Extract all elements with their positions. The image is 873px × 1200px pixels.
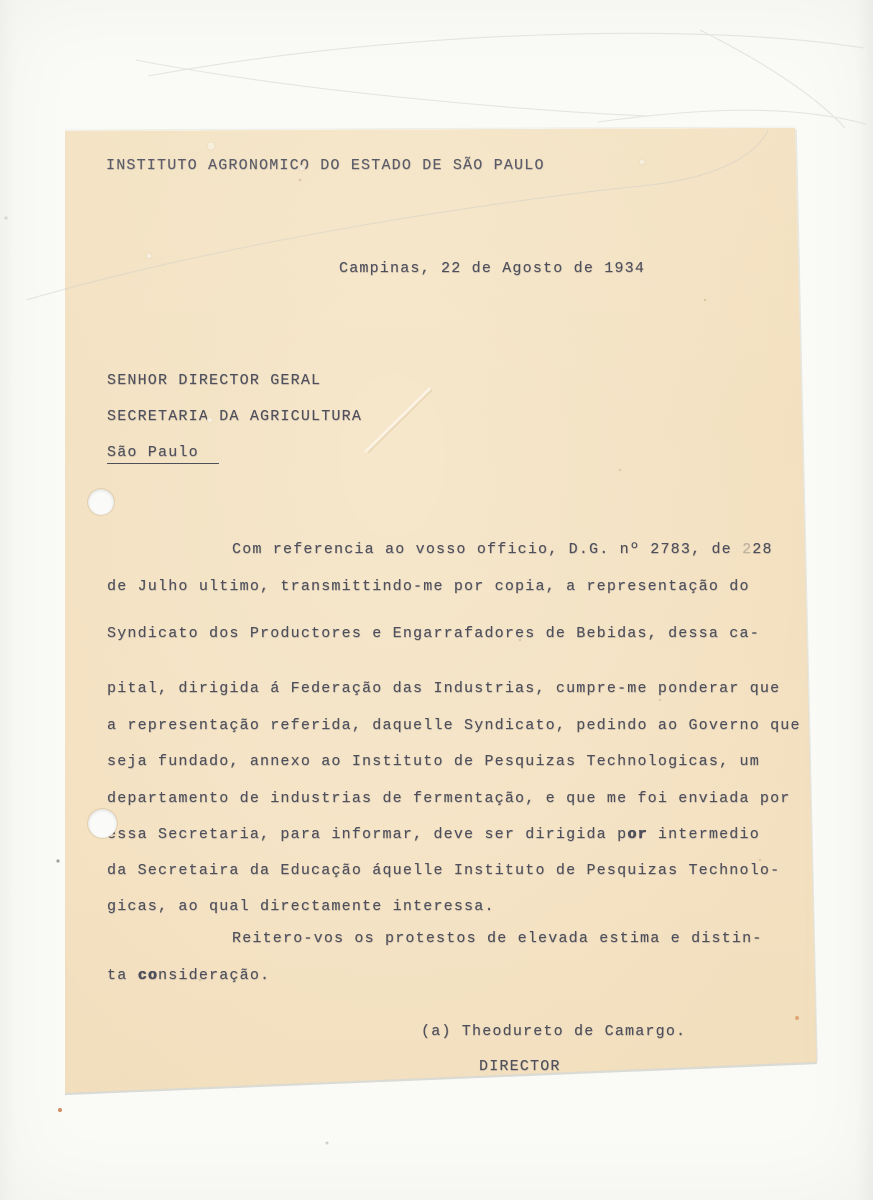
signature-role: DIRECTOR (479, 1057, 561, 1076)
body-line: departamento de industrias de fermentaçã… (107, 789, 791, 808)
dateline-text: Campinas, 22 de Agosto de 1934 (339, 260, 645, 277)
body-line: Syndicato dos Productores e Engarrafador… (107, 624, 760, 643)
body-line: de Julho ultimo, transmittindo-me por co… (107, 577, 750, 596)
recipient-line-text: SECRETARIA DA AGRICULTURA (107, 408, 362, 425)
body-line-text: Com referencia ao vosso officio, D.G. nº… (232, 541, 742, 558)
body-line-text: a representação referida, daquelle Syndi… (107, 717, 801, 734)
body-line: essa Secretaria, para informar, deve ser… (107, 825, 760, 844)
body-line: a representação referida, daquelle Syndi… (107, 716, 801, 735)
body-line-text: Reitero-vos os protestos de elevada esti… (232, 930, 762, 947)
body-line: gicas, ao qual directamente interessa. (107, 897, 495, 916)
body-line-text: intermedio (648, 826, 760, 843)
body-line-text: Syndicato dos Productores e Engarrafador… (107, 625, 760, 642)
document-scan: INSTITUTO AGRONOMICO DO ESTADO DE SÃO PA… (0, 0, 873, 1200)
letterhead: INSTITUTO AGRONOMICO DO ESTADO DE SÃO PA… (106, 156, 545, 175)
body-line-text: da Secretaira da Educação áquelle Instit… (107, 862, 780, 879)
body-line: pital, dirigida á Federação das Industri… (107, 679, 780, 698)
signature-name: (a) Theodureto de Camargo. (421, 1022, 686, 1041)
body-line-text: de Julho ultimo, transmittindo-me por co… (107, 578, 750, 595)
body-line-text: essa Secretaria, para informar, deve ser… (107, 826, 627, 843)
recipient-line: SECRETARIA DA AGRICULTURA (107, 407, 362, 426)
body-line: seja fundado, annexo ao Instituto de Pes… (107, 752, 760, 771)
body-line-text: nsideração. (158, 967, 270, 984)
letter-text: INSTITUTO AGRONOMICO DO ESTADO DE SÃO PA… (0, 0, 873, 1200)
recipient-line-text: SENHOR DIRECTOR GERAL (107, 372, 321, 389)
punch-hole-top (88, 489, 114, 515)
recipient-city: São Paulo (107, 443, 219, 462)
body-line: Com referencia ao vosso officio, D.G. nº… (232, 540, 773, 559)
recipient-city-text: São Paulo (107, 444, 219, 464)
body-line: ta consideração. (107, 966, 270, 985)
body-line: Reitero-vos os protestos de elevada esti… (232, 929, 762, 948)
dateline: Campinas, 22 de Agosto de 1934 (339, 259, 645, 278)
body-line-text: gicas, ao qual directamente interessa. (107, 898, 495, 915)
body-line-text: ta (107, 967, 138, 984)
body-line: da Secretaira da Educação áquelle Instit… (107, 861, 780, 880)
body-line-text: 28 (752, 541, 772, 558)
body-line-text: co (138, 967, 158, 984)
body-line-text: 2 (742, 541, 752, 558)
letterhead-text: INSTITUTO AGRONOMICO DO ESTADO DE SÃO PA… (106, 157, 545, 174)
signature-name-text: (a) Theodureto de Camargo. (421, 1023, 686, 1040)
body-line-text: seja fundado, annexo ao Instituto de Pes… (107, 753, 760, 770)
recipient-line: SENHOR DIRECTOR GERAL (107, 371, 321, 390)
signature-role-text: DIRECTOR (479, 1058, 561, 1075)
body-line-text: departamento de industrias de fermentaçã… (107, 790, 791, 807)
punch-hole-bottom (88, 809, 117, 838)
body-line-text: pital, dirigida á Federação das Industri… (107, 680, 780, 697)
body-line-text: or (627, 826, 647, 843)
